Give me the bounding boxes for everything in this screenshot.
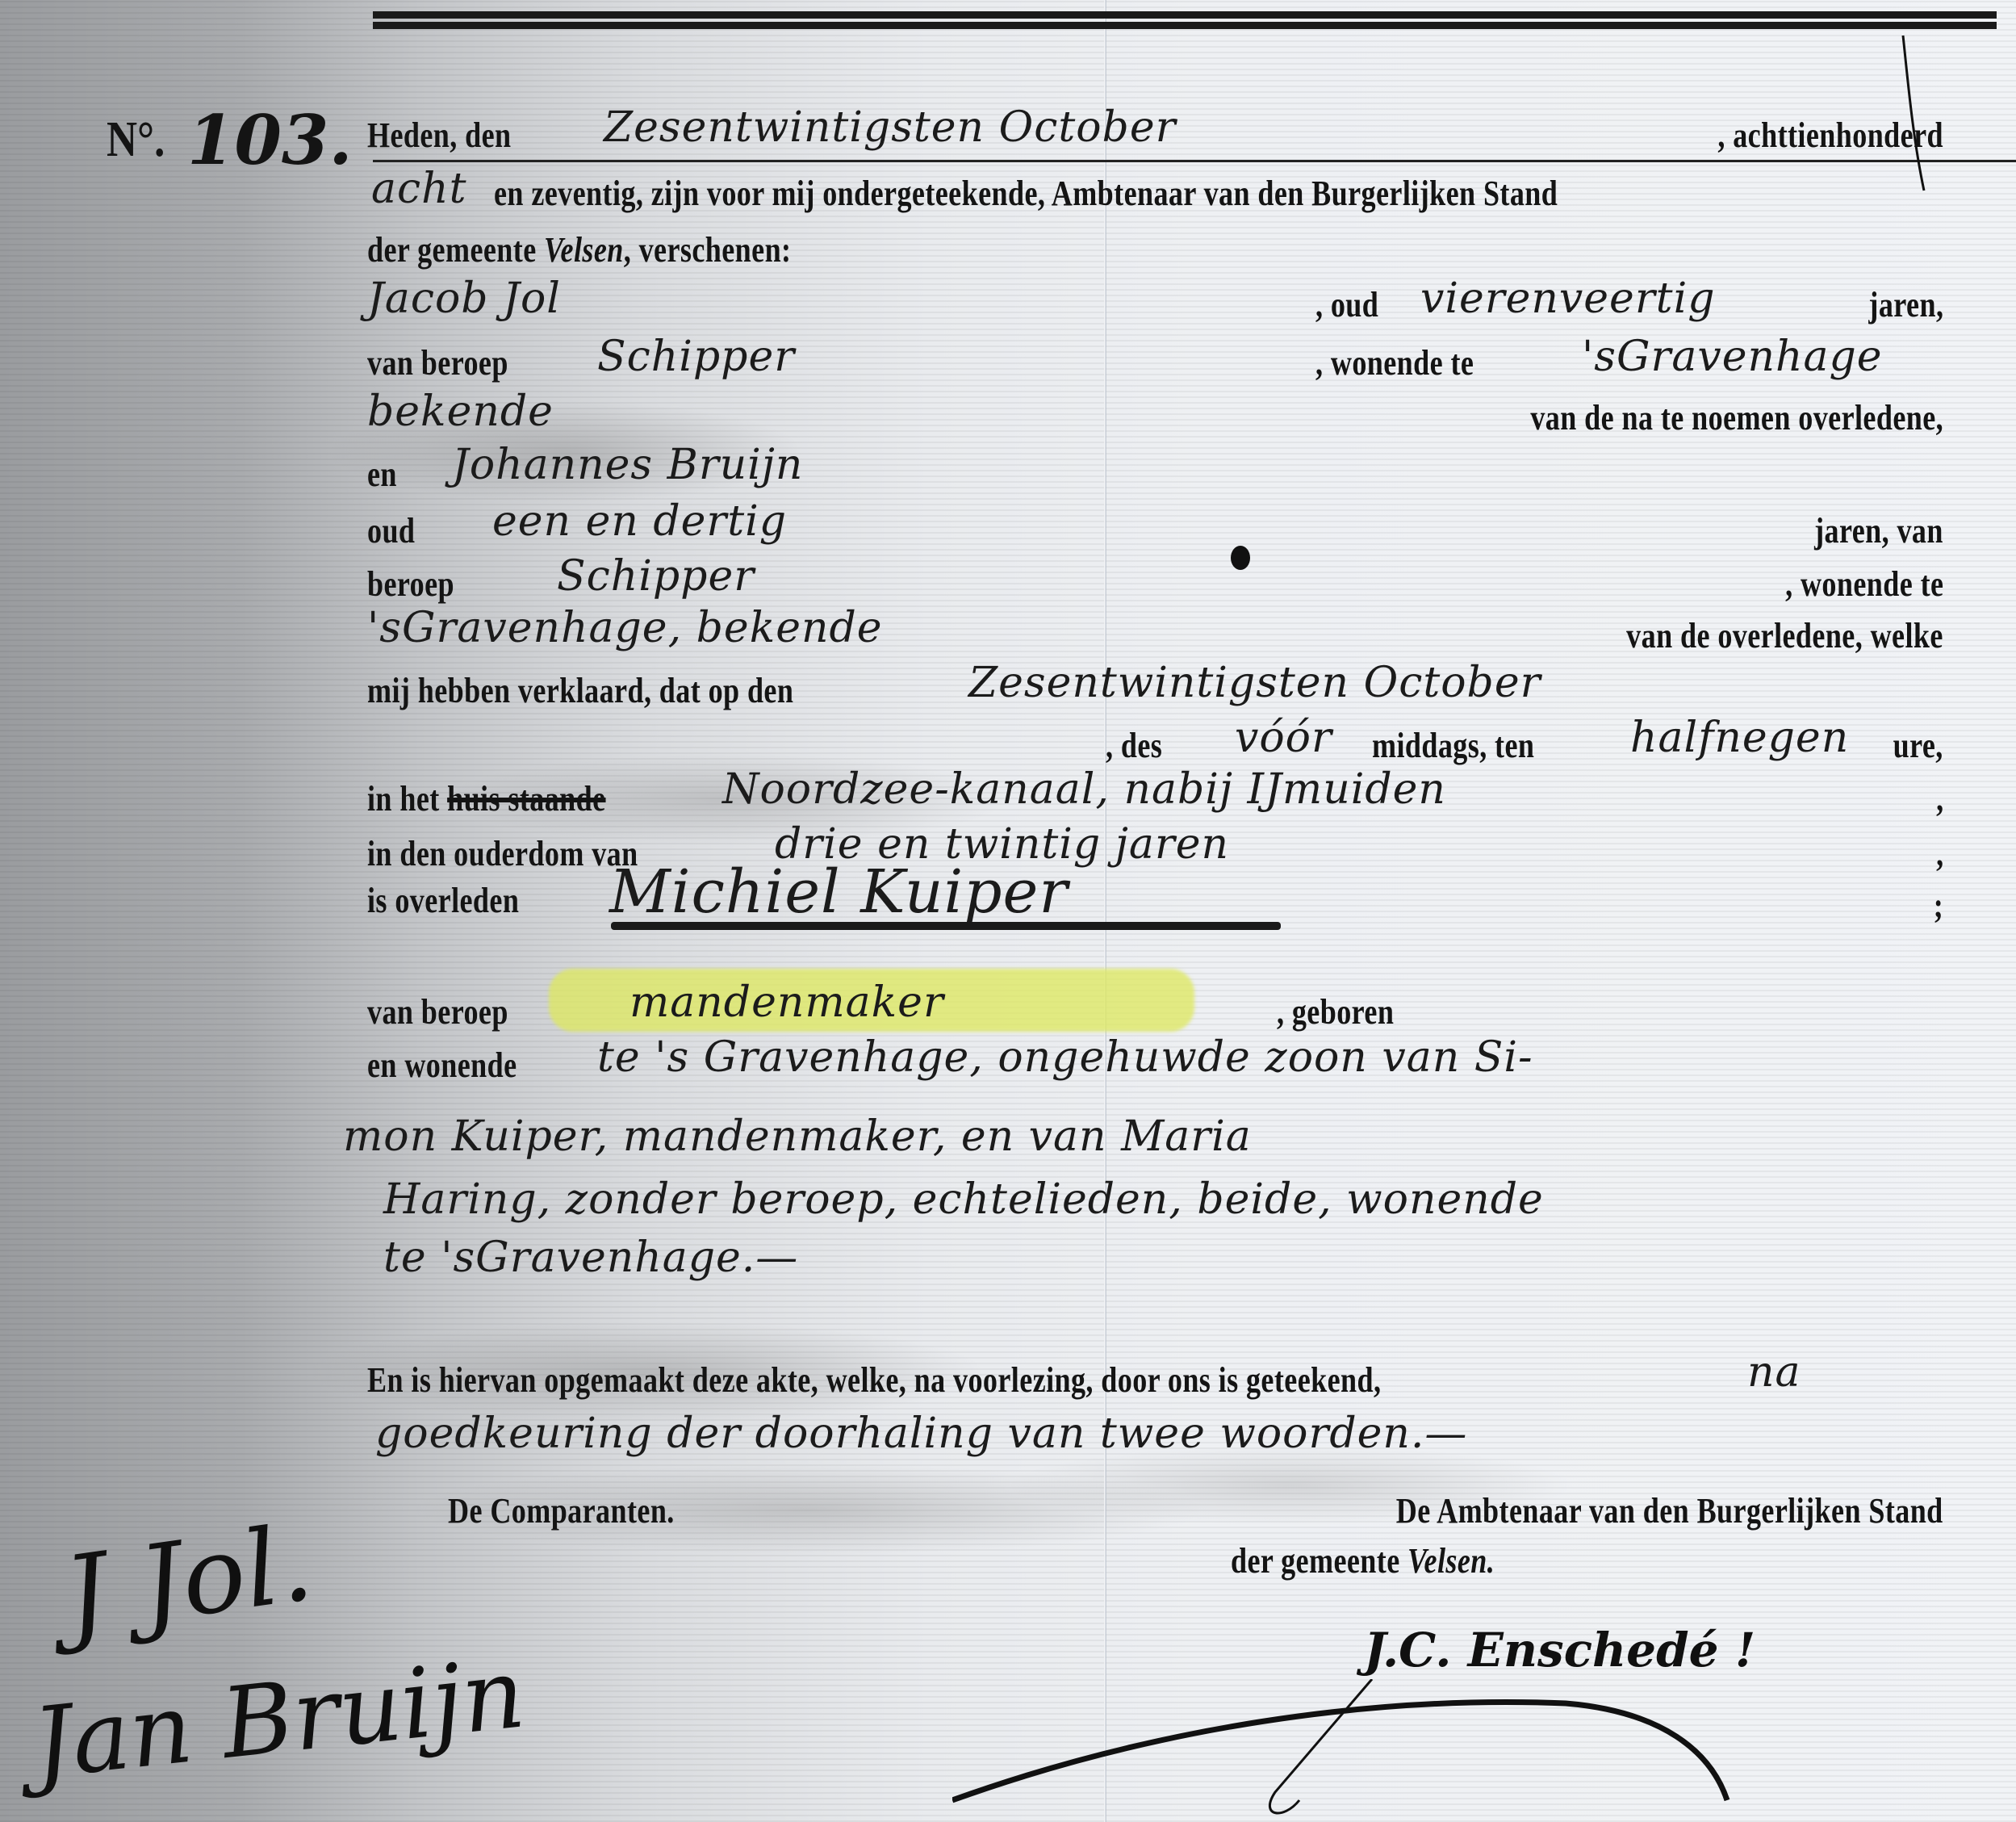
witness-2-name: Johannes Bruijn xyxy=(452,444,803,486)
comparanten-label: De Comparanten. xyxy=(448,1493,675,1529)
printed-text: van beroep xyxy=(367,346,508,381)
witness-1-residence: 'sGravenhage xyxy=(1582,336,1883,378)
printed-text: Heden, den xyxy=(367,118,512,153)
printed-text: , des xyxy=(1106,728,1162,764)
municipality-name: Velsen xyxy=(544,230,624,270)
printed-text: , wonende te xyxy=(1315,346,1474,381)
printed-text: en zeventig, zijn voor mij ondergeteeken… xyxy=(494,176,1558,212)
handwritten-details: Haring, zonder beroep, echtelieden, beid… xyxy=(383,1179,1544,1221)
signature-official: J.C. Enschedé ! xyxy=(1364,1623,1755,1677)
handwritten-place-of-death: Noordzee-kanaal, nabij IJmuiden xyxy=(722,769,1446,810)
handwritten-date: Zesentwintigsten October xyxy=(604,107,1176,149)
witness-1-relation: bekende xyxy=(367,391,554,433)
printed-text: van de overledene, welke xyxy=(1626,618,1943,654)
top-border-rule xyxy=(373,22,1997,29)
handwritten-hour: halfnegen xyxy=(1630,717,1849,759)
printed-text: beroep xyxy=(367,567,454,602)
handwritten-details: te 's Gravenhage, ongehuwde zoon van Si- xyxy=(597,1037,1533,1079)
line-rule xyxy=(373,160,2016,162)
signature-flourish xyxy=(952,1679,1759,1822)
handwritten-addition: goedkeuring der doorhaling van twee woor… xyxy=(375,1413,1467,1455)
name-underline xyxy=(611,922,1281,930)
printed-text: in het huis staande xyxy=(367,781,606,817)
printed-text: is overleden xyxy=(367,883,519,919)
printed-text: ure, xyxy=(1893,728,1943,764)
handwritten-addition: na xyxy=(1747,1351,1801,1393)
printed-text: en wonende xyxy=(367,1048,517,1083)
printed-text: , achttienhonderd xyxy=(1717,118,1943,153)
handwritten-year: acht xyxy=(371,168,467,210)
act-number: 103. xyxy=(187,100,353,180)
witness-1-age: vierenveertig xyxy=(1420,278,1716,320)
witness-2-age: een en dertig xyxy=(492,501,787,542)
act-number-label: N°. xyxy=(107,111,165,169)
printed-text: middags, ten xyxy=(1372,728,1534,764)
deceased-occupation: mandenmaker xyxy=(629,982,944,1024)
punctuation: , xyxy=(1936,781,1943,817)
witness-2-residence: 'sGravenhage, bekende xyxy=(367,607,883,649)
printed-text: , oud xyxy=(1315,287,1378,323)
witness-1-occupation: Schipper xyxy=(597,336,795,378)
official-label: De Ambtenaar van den Burgerlijken Stand xyxy=(1396,1493,1943,1529)
printed-text: en xyxy=(367,457,397,492)
handwritten-details: mon Kuiper, mandenmaker, en van Maria xyxy=(343,1116,1252,1158)
handwritten-time-of-day: vóór xyxy=(1235,717,1332,759)
top-border-rule xyxy=(373,11,1997,19)
punctuation: , xyxy=(1936,836,1943,872)
printed-text: jaren, xyxy=(1868,287,1943,323)
printed-text: jaren, van xyxy=(1814,513,1943,549)
ink-blot xyxy=(1231,546,1250,570)
printed-text: , wonende te xyxy=(1785,567,1943,602)
printed-text: van beroep xyxy=(367,995,508,1030)
witness-1-name: Jacob Jol xyxy=(367,278,561,320)
deceased-name: Michiel Kuiper xyxy=(609,862,1069,922)
printed-text: der gemeente Velsen, verschenen: xyxy=(367,232,791,268)
printed-text: in den ouderdom van xyxy=(367,836,638,872)
struck-text: huis staande xyxy=(447,779,605,819)
punctuation: ; xyxy=(1934,888,1943,924)
printed-text: mij hebben verklaard, dat op den xyxy=(367,673,793,709)
fold-crease xyxy=(1104,0,1106,1822)
handwritten-death-date: Zesentwintigsten October xyxy=(968,662,1541,704)
witness-2-occupation: Schipper xyxy=(557,555,755,597)
pen-stroke-mark xyxy=(1888,32,1937,194)
handwritten-details: te 'sGravenhage.— xyxy=(383,1237,798,1279)
printed-text: oud xyxy=(367,513,415,549)
printed-text: van de na te noemen overledene, xyxy=(1530,400,1943,436)
printed-closing-text: En is hiervan opgemaakt deze akte, welke… xyxy=(367,1363,1381,1398)
official-label: der gemeente Velsen. xyxy=(1231,1543,1495,1579)
printed-text: , geboren xyxy=(1277,995,1394,1030)
